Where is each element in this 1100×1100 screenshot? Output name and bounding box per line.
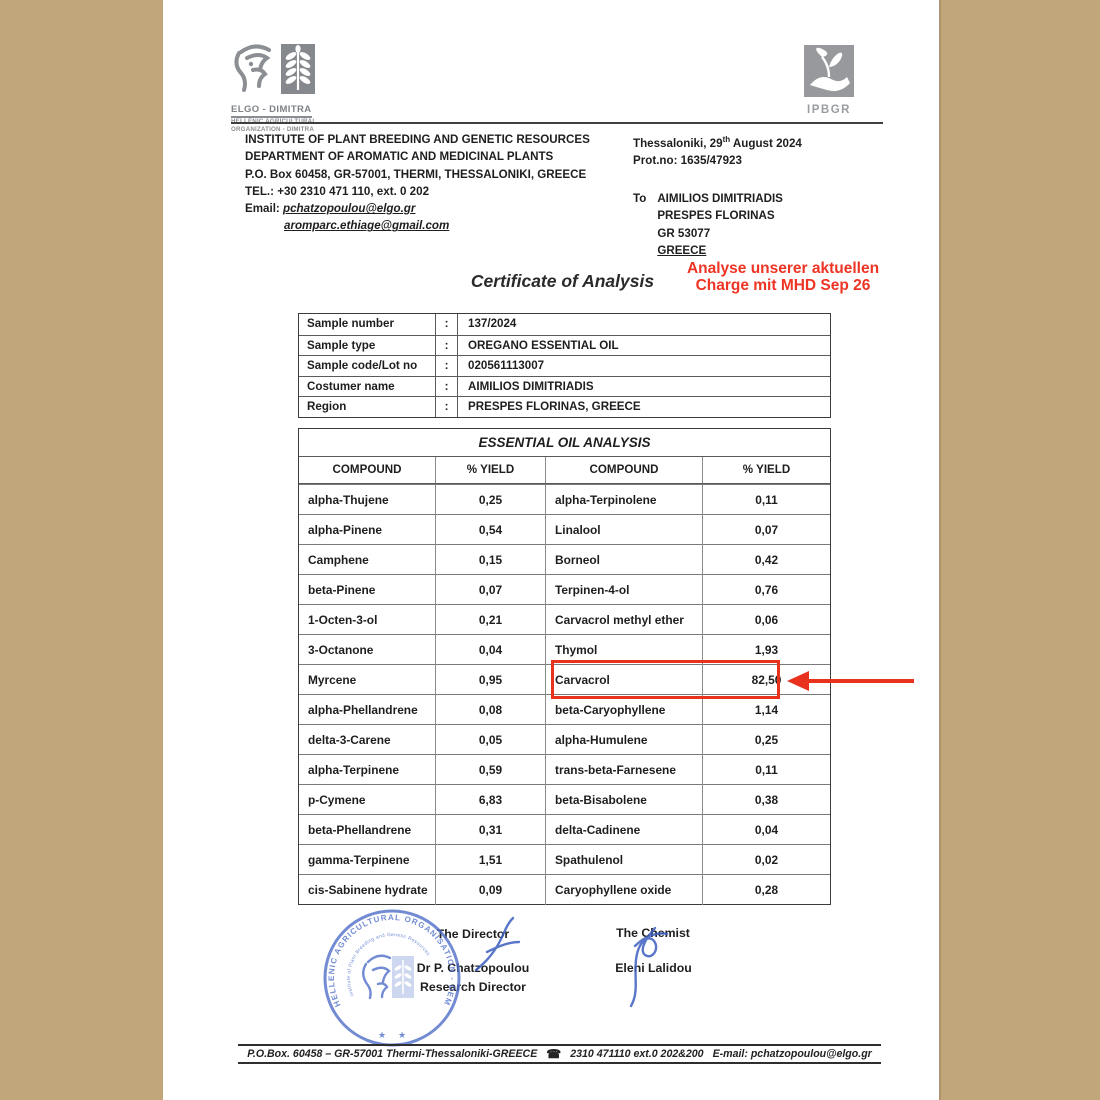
sender-line: P.O. Box 60458, GR-57001, THERMI, THESSA…: [245, 166, 590, 183]
red-annotation: Analyse unserer aktuellen Charge mit MHD…: [667, 260, 899, 294]
sender-line: DEPARTMENT OF AROMATIC AND MEDICINAL PLA…: [245, 148, 590, 165]
analysis-row: beta-Pinene0,07Terpinen-4-ol0,76: [299, 574, 830, 604]
recipient-name: AIMILIOS DIMITRIADIS: [657, 190, 783, 208]
recipient-country: GREECE: [657, 242, 783, 260]
sample-info-table: Sample number:137/2024 Sample type:OREGA…: [298, 313, 831, 418]
stamp-star-left: ★: [378, 1030, 386, 1040]
sender-email-2: aromparc.ethiage@gmail.com: [284, 219, 449, 232]
ipbgr-logo-label: IPBGR: [803, 104, 855, 116]
protocol-number: Prot.no: 1635/47923: [633, 152, 802, 170]
sample-row: Sample type:OREGANO ESSENTIAL OIL: [299, 335, 830, 356]
analysis-row: alpha-Thujene0,25alpha-Terpinolene0,11: [299, 484, 830, 514]
phone-icon: ☎: [546, 1047, 561, 1061]
sample-row: Costumer name:AIMILIOS DIMITRIADIS: [299, 376, 830, 397]
elgo-dimitra-logo: ELGO - DIMITRA HELLENIC AGRICULTURAL ORG…: [231, 44, 341, 133]
elgo-ram-wheat-icon: [231, 44, 323, 94]
letterhead-divider: [231, 122, 883, 124]
recipient-line: GR 53077: [657, 225, 783, 243]
analysis-row: 1-Octen-3-ol0,21Carvacrol methyl ether0,…: [299, 604, 830, 634]
recipient-block: To AIMILIOS DIMITRIADIS PRESPES FLORINAS…: [633, 190, 802, 260]
analysis-row: gamma-Terpinene1,51Spathulenol0,02: [299, 844, 830, 874]
sender-email-line: aromparc.ethiage@gmail.com: [245, 217, 590, 234]
red-annotation-line-1: Analyse unserer aktuellen: [667, 260, 899, 277]
sample-row: Sample number:137/2024: [299, 314, 830, 335]
carvacrol-highlight-box: [551, 660, 780, 699]
document-title: Certificate of Analysis: [415, 271, 710, 292]
analysis-table-header: COMPOUND % YIELD COMPOUND % YIELD: [299, 457, 830, 484]
footer-email: E-mail: pchatzopoulou@elgo.gr: [713, 1048, 872, 1060]
sender-line: INSTITUTE OF PLANT BREEDING AND GENETIC …: [245, 131, 590, 148]
stamp-star-right: ★: [398, 1030, 406, 1040]
footer-phone: 2310 471110 ext.0 202&200: [570, 1048, 703, 1060]
sender-email-1: pchatzopoulou@elgo.gr: [283, 202, 415, 215]
official-round-stamp: HELLENIC AGRICULTURAL ORGANISATION - DEM…: [317, 903, 467, 1053]
email-label: Email:: [245, 202, 283, 215]
stamp-center-emblem: [363, 956, 414, 998]
recipient-line: PRESPES FLORINAS: [657, 207, 783, 225]
analysis-row: cis-Sabinene hydrate0,09Caryophyllene ox…: [299, 874, 830, 904]
analysis-row: beta-Phellandrene0,31delta-Cadinene0,04: [299, 814, 830, 844]
elgo-logo-name: ELGO - DIMITRA: [231, 104, 312, 118]
sender-line: TEL.: +30 2310 471 110, ext. 0 202: [245, 183, 590, 200]
sample-row: Sample code/Lot no:020561113007: [299, 355, 830, 376]
letter-meta-block: Thessaloniki, 29th August 2024 Prot.no: …: [633, 131, 802, 260]
sender-address-block: INSTITUTE OF PLANT BREEDING AND GENETIC …: [245, 131, 590, 235]
red-annotation-line-2: Charge mit MHD Sep 26: [667, 277, 899, 294]
ipbgr-plant-hand-icon: [804, 45, 854, 97]
carvacrol-highlight-arrow: [785, 668, 917, 694]
analysis-row: Camphene0,15Borneol0,42: [299, 544, 830, 574]
analysis-row: delta-3-Carene0,05alpha-Humulene0,25: [299, 724, 830, 754]
to-label: To: [633, 190, 646, 260]
analysis-row: alpha-Pinene0,54Linalool0,07: [299, 514, 830, 544]
sample-row: Region:PRESPES FLORINAS, GREECE: [299, 396, 830, 417]
screenshot-root: { "colors": { "background": "#c1a57b", "…: [0, 0, 1100, 1100]
sender-email-line: Email: pchatzopoulou@elgo.gr: [245, 200, 590, 217]
ipbgr-logo: IPBGR: [803, 45, 855, 116]
analysis-row: alpha-Terpinene0,59trans-beta-Farnesene0…: [299, 754, 830, 784]
document-page: ELGO - DIMITRA HELLENIC AGRICULTURAL ORG…: [163, 0, 939, 1100]
analysis-row: p-Cymene6,83beta-Bisabolene0,38: [299, 784, 830, 814]
date-line: Thessaloniki, 29th August 2024: [633, 131, 802, 152]
footer-address: P.O.Box. 60458 – GR-57001 Thermi-Thessal…: [247, 1048, 537, 1060]
analysis-table-title: ESSENTIAL OIL ANALYSIS: [299, 429, 830, 457]
footer-bar: P.O.Box. 60458 – GR-57001 Thermi-Thessal…: [238, 1044, 881, 1064]
